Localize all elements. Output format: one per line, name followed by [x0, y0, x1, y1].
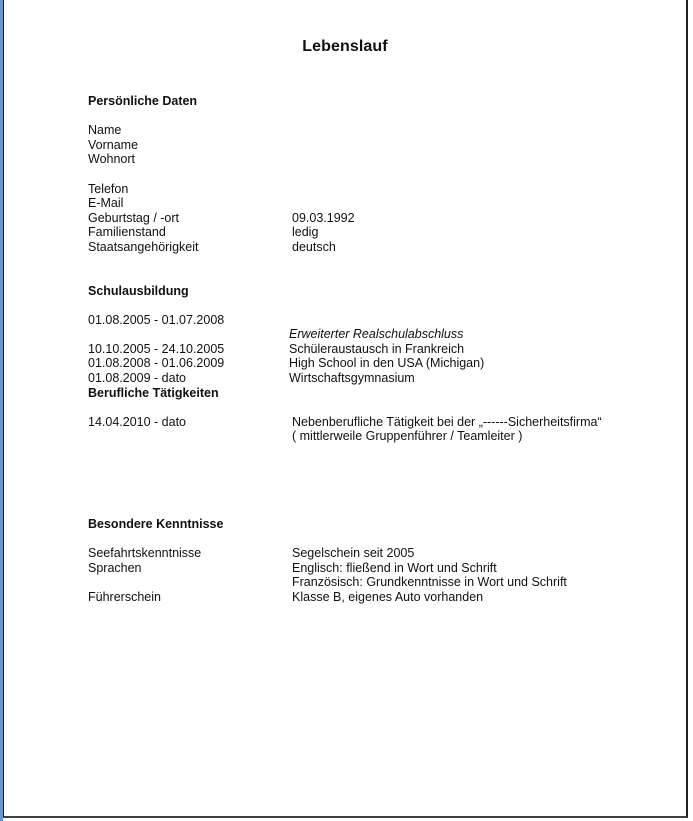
- school-date-4: 01.08.2009 - dato: [88, 371, 186, 386]
- school-date-3: 01.08.2008 - 01.06.2009: [88, 356, 224, 371]
- school-degree: Erweiterter Realschulabschluss: [289, 327, 463, 342]
- document-page: Lebenslauf Persönliche Daten Name Vornam…: [3, 0, 688, 818]
- value-geburtstag: 09.03.1992: [292, 211, 355, 226]
- value-fuehrerschein: Klasse B, eigenes Auto vorhanden: [292, 590, 483, 605]
- school-date-2: 10.10.2005 - 24.10.2005: [88, 342, 224, 357]
- section-heading-personal: Persönliche Daten: [88, 94, 197, 109]
- section-heading-school: Schulausbildung: [88, 284, 189, 299]
- label-fuehrerschein: Führerschein: [88, 590, 161, 605]
- value-seefahrt: Segelschein seit 2005: [292, 546, 414, 561]
- label-name: Name: [88, 123, 121, 138]
- label-sprachen: Sprachen: [88, 561, 142, 576]
- label-staatsangehoerigkeit: Staatsangehörigkeit: [88, 240, 199, 255]
- school-entry-2: Schüleraustausch in Frankreich: [289, 342, 464, 357]
- work-entry-1-note: ( mittlerweile Gruppenführer / Teamleite…: [292, 429, 522, 444]
- label-seefahrt: Seefahrtskenntnisse: [88, 546, 201, 561]
- value-familienstand: ledig: [292, 225, 318, 240]
- work-entry-1: Nebenberufliche Tätigkeit bei der „-----…: [292, 415, 602, 430]
- label-geburtstag: Geburtstag / -ort: [88, 211, 179, 226]
- label-vorname: Vorname: [88, 138, 138, 153]
- work-date-1: 14.04.2010 - dato: [88, 415, 186, 430]
- section-heading-skills: Besondere Kenntnisse: [88, 517, 223, 532]
- school-date-1: 01.08.2005 - 01.07.2008: [88, 313, 224, 328]
- value-staatsangehoerigkeit: deutsch: [292, 240, 336, 255]
- section-heading-work: Berufliche Tätigkeiten: [88, 386, 219, 401]
- label-wohnort: Wohnort: [88, 152, 135, 167]
- label-telefon: Telefon: [88, 182, 128, 197]
- school-entry-4: Wirtschaftsgymnasium: [289, 371, 415, 386]
- document-title: Lebenslauf: [4, 38, 686, 56]
- value-sprachen-franzoesisch: Französisch: Grundkenntnisse in Wort und…: [292, 575, 567, 590]
- label-email: E-Mail: [88, 196, 123, 211]
- label-familienstand: Familienstand: [88, 225, 166, 240]
- value-sprachen-englisch: Englisch: fließend in Wort und Schrift: [292, 561, 497, 576]
- school-entry-3: High School in den USA (Michigan): [289, 356, 484, 371]
